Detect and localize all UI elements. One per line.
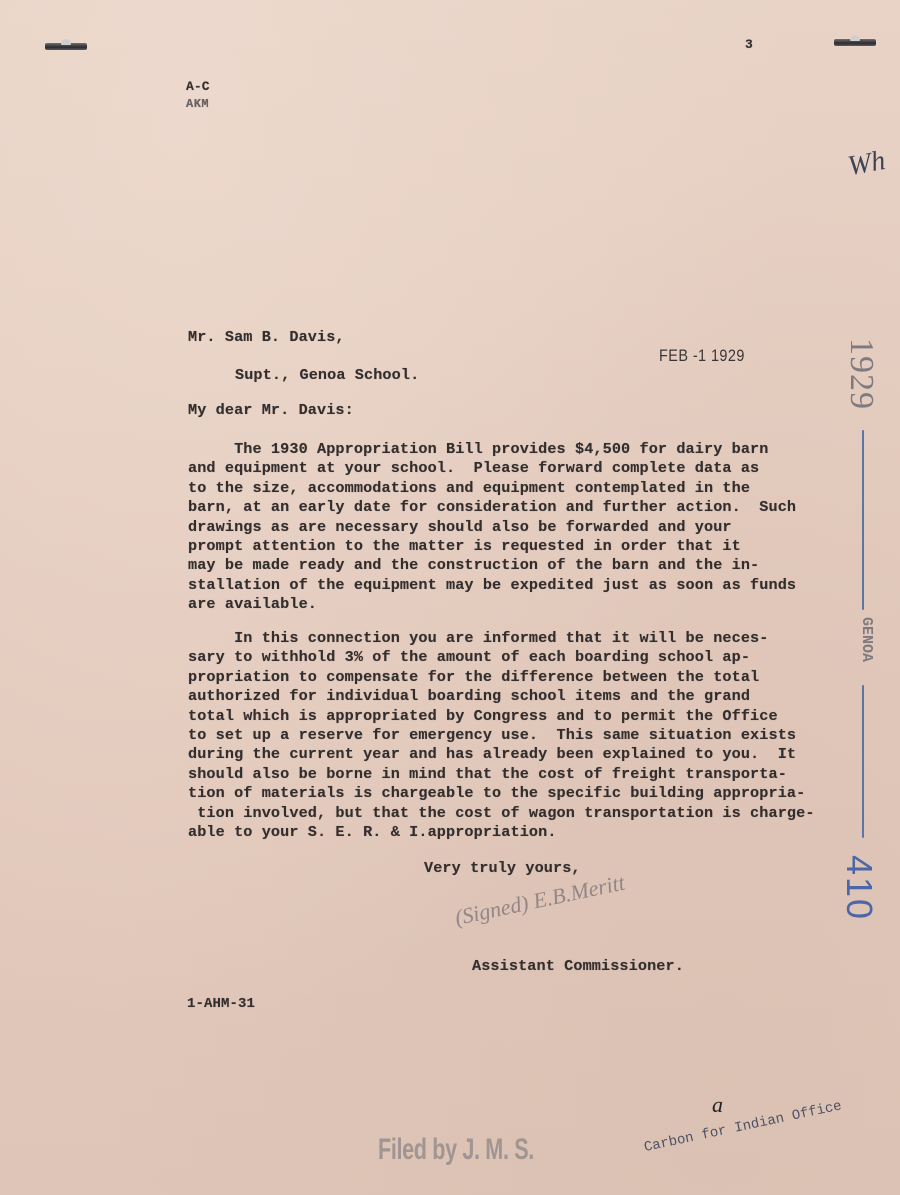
- handwritten-mark: a: [712, 1092, 723, 1118]
- staple-right: [834, 37, 876, 47]
- paragraph-line: sary to withhold 3% of the amount of eac…: [188, 648, 815, 667]
- salutation: My dear Mr. Davis:: [188, 401, 354, 420]
- paragraph-line: barn, at an early date for consideration…: [188, 498, 796, 517]
- paragraph-line: during the current year and has already …: [188, 745, 815, 764]
- paragraph-line: tion involved, but that the cost of wago…: [188, 804, 815, 823]
- blue-pencil-line-bottom: [862, 685, 864, 838]
- paragraph-line: are available.: [188, 595, 796, 614]
- paragraph-line: authorized for individual boarding schoo…: [188, 687, 815, 706]
- filed-stamp: Filed by J. M. S.: [378, 1133, 534, 1167]
- paragraph-line: In this connection you are informed that…: [188, 629, 815, 648]
- paragraph-line: total which is appropriated by Congress …: [188, 707, 815, 726]
- date-stamp: FEB -1 1929: [659, 346, 745, 366]
- paragraph-line: propriation to compensate for the differ…: [188, 668, 815, 687]
- paragraph-line: able to your S. E. R. & I.appropriation.: [188, 823, 815, 842]
- reference-code-secondary: AKM: [186, 95, 209, 114]
- typist-reference: 1-AHM-31: [187, 995, 255, 1014]
- year-stamp: 1929: [842, 338, 880, 410]
- paragraph-line: drawings as are necessary should also be…: [188, 518, 796, 537]
- body-paragraph-1: The 1930 Appropriation Bill provides $4,…: [188, 440, 796, 615]
- addressee-name: Mr. Sam B. Davis,: [188, 328, 345, 347]
- school-stamp: GENOA: [858, 617, 875, 662]
- carbon-note: Carbon for Indian Office: [643, 1098, 844, 1156]
- paragraph-line: tion of materials is chargeable to the s…: [188, 784, 815, 803]
- paragraph-line: prompt attention to the matter is reques…: [188, 537, 796, 556]
- paragraph-line: may be made ready and the construction o…: [188, 556, 796, 575]
- blue-pencil-line-top: [862, 430, 864, 610]
- page-number: 3: [745, 35, 753, 54]
- paragraph-line: The 1930 Appropriation Bill provides $4,…: [188, 440, 796, 459]
- paragraph-line: and equipment at your school. Please for…: [188, 459, 796, 478]
- body-paragraph-2: In this connection you are informed that…: [188, 629, 815, 842]
- paragraph-line: to the size, accommodations and equipmen…: [188, 479, 796, 498]
- addressee-position: Supt., Genoa School.: [235, 366, 419, 385]
- closing: Very truly yours,: [424, 859, 581, 878]
- staple-left: [45, 41, 87, 51]
- reference-code-primary: A-C: [186, 77, 210, 96]
- signature-stamp: (Signed) E.B.Meritt: [453, 870, 628, 931]
- paragraph-line: should also be borne in mind that the co…: [188, 765, 815, 784]
- paragraph-line: stallation of the equipment may be exped…: [188, 576, 796, 595]
- paragraph-line: to set up a reserve for emergency use. T…: [188, 726, 815, 745]
- file-number: 410: [838, 855, 880, 921]
- handwritten-initials: Wh: [846, 145, 888, 183]
- signer-title: Assistant Commissioner.: [472, 957, 684, 976]
